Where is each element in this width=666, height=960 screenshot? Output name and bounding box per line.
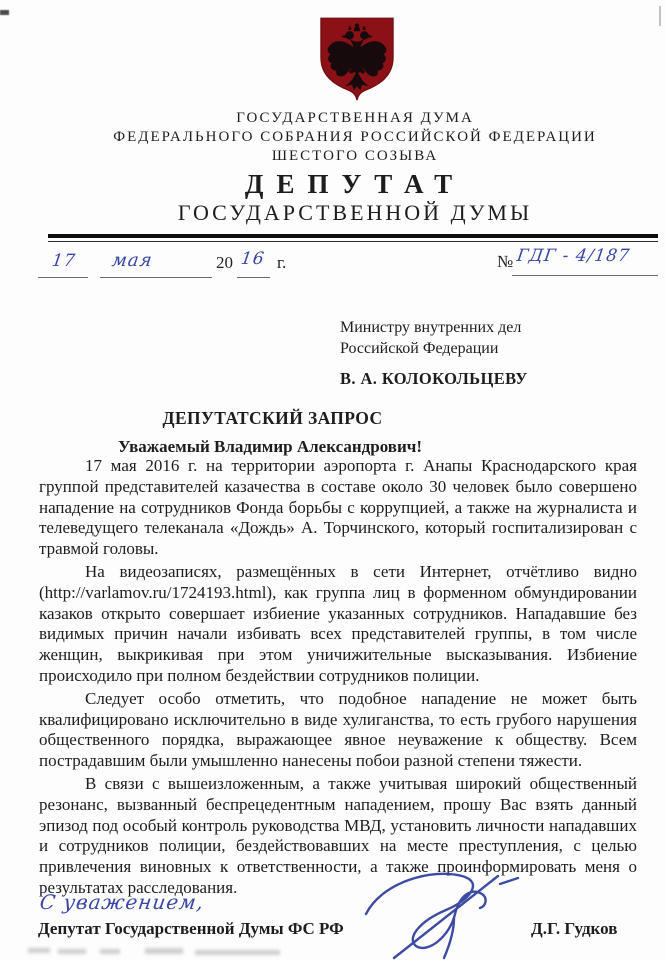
addressee-name: В. А. КОЛОКОЛЬЦЕВУ: [340, 369, 528, 389]
doc-number-handwritten: ГДГ - 4/187: [516, 246, 632, 266]
scan-smudge: [58, 949, 86, 954]
letterhead-title-duma: ГОСУДАРСТВЕННОЙ ДУМЫ: [50, 200, 660, 226]
scan-smudge: [100, 949, 120, 954]
date-day-underline: [38, 277, 88, 278]
scan-artifact-top-right: [659, 6, 661, 26]
paragraph-2: На видеозаписях, размещённых в сети Инте…: [39, 562, 637, 687]
salutation: Уважаемый Владимир Александрович!: [0, 437, 540, 457]
addressee-line1: Министру внутренних дел: [340, 317, 521, 338]
paragraph-1: 17 мая 2016 г. на территории аэропорта г…: [39, 456, 637, 560]
letterhead-title-deputy: ДЕПУТАТ: [50, 169, 660, 200]
doc-number-underline: [512, 275, 658, 276]
date-year-suffix-handwritten: 16: [240, 249, 266, 269]
org-name-line2: ФЕДЕРАЛЬНОГО СОБРАНИЯ РОССИЙСКОЙ ФЕДЕРАЦ…: [50, 129, 660, 146]
paragraph-3: Следует особо отметить, что подобное нап…: [39, 689, 637, 772]
signer-title: Депутат Государственной Думы ФС РФ: [38, 919, 344, 939]
subject-heading: ДЕПУТАТСКИЙ ЗАПРОС: [0, 408, 545, 429]
paragraph-4: В связи с вышеизложенным, а также учитыв…: [39, 774, 637, 899]
addressee-block: Министру внутренних дел Российской Федер…: [340, 317, 521, 359]
org-name-line1: ГОСУДАРСТВЕННАЯ ДУМА: [50, 110, 660, 127]
date-month-handwritten: мая: [111, 250, 155, 271]
date-day-handwritten: 17: [51, 251, 77, 271]
handwritten-signature-icon: [358, 866, 538, 960]
valediction-handwritten: С уважением,: [38, 890, 206, 914]
russia-coat-of-arms-icon: [316, 14, 398, 106]
letter-body: 17 мая 2016 г. на территории аэропорта г…: [39, 456, 637, 901]
scan-smudge: [145, 948, 183, 954]
letterhead-divider-rule: [48, 234, 658, 242]
scan-artifact-top-left: [0, 10, 9, 15]
addressee-line2: Российской Федерации: [340, 338, 521, 359]
date-year-prefix: 20: [216, 253, 233, 273]
date-month-underline: [100, 277, 212, 278]
date-year-underline: [237, 277, 270, 278]
scan-smudge: [195, 950, 280, 955]
scan-smudge: [28, 948, 50, 953]
doc-number-label: №: [497, 252, 513, 272]
date-year-unit: г.: [277, 253, 286, 273]
signer-name: Д.Г. Гудков: [531, 919, 617, 939]
letter-page: ГОСУДАРСТВЕННАЯ ДУМА ФЕДЕРАЛЬНОГО СОБРАН…: [0, 0, 666, 960]
org-name-line3: ШЕСТОГО СОЗЫВА: [50, 148, 660, 165]
